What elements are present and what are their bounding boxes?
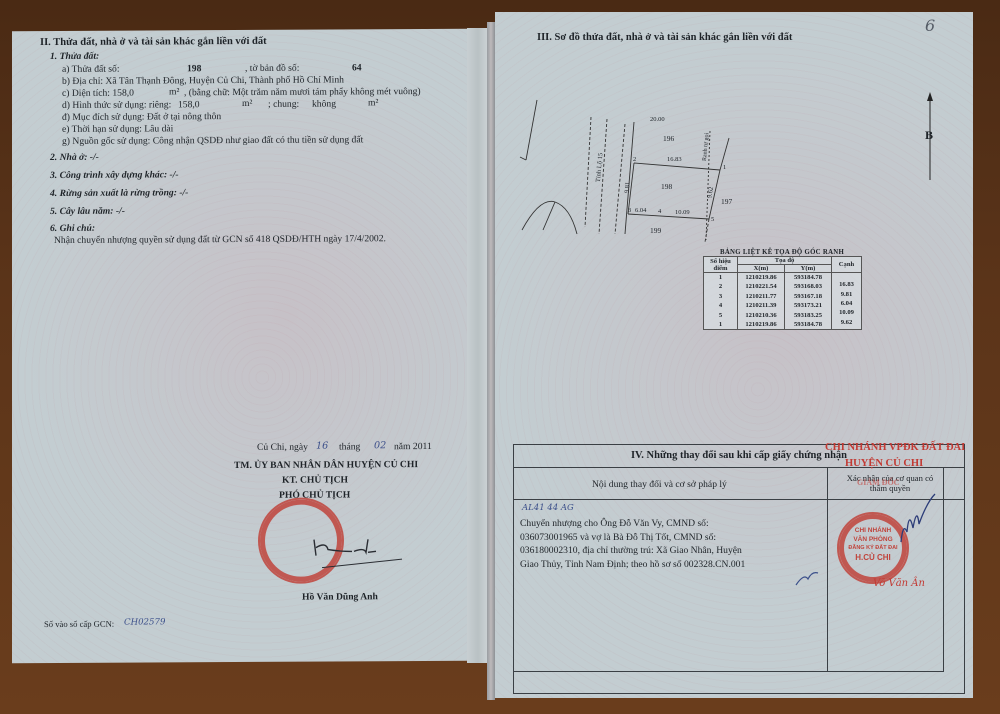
usage-form-label: d) Hình thức sử dụng: riêng: — [62, 99, 171, 111]
col-x: X(m) — [738, 265, 785, 273]
seal-inner-text: CHI NHÁNH VĂN PHÒNG ĐĂNG KÝ ĐẤT ĐAI H.CỦ… — [843, 526, 903, 562]
handwritten-reference: AL41 44 AG — [522, 503, 574, 513]
change-line: Giao Thủy, Tỉnh Nam Định; theo hồ sơ số … — [520, 558, 745, 572]
change-line: 036180002310, địa chỉ thường trú: Xã Gia… — [520, 544, 745, 558]
other-construction-item: 3. Công trình xây dựng khác: -/- — [50, 169, 179, 181]
coord-cell: 593168.03 — [788, 282, 828, 291]
area-label: c) Diện tích: 158,0 — [62, 88, 134, 99]
coord-cell: 16.83 — [835, 280, 858, 289]
section-ii-title: II. Thửa đất, nhà ở và tài sản khác gắn … — [40, 36, 267, 48]
house-item: 2. Nhà ở: -/- — [50, 152, 99, 163]
coord-cell: 5 — [707, 311, 734, 320]
notes-text: Nhận chuyển nhượng quyền sử dụng đất từ … — [54, 233, 386, 246]
parcel-heading: 1. Thửa đất: — [50, 51, 99, 62]
change-line: Chuyển nhượng cho Ông Đỗ Văn Vy, CMND số… — [520, 517, 745, 531]
parcel-196: 196 — [663, 134, 674, 143]
forest-item: 4. Rừng sản xuất là rừng trồng: -/- — [50, 187, 188, 199]
usage-common-value: không — [312, 98, 336, 109]
point-1: 1 — [723, 164, 726, 171]
seal-line: H.CỦ CHI — [843, 553, 903, 562]
edge-1-2: 16.83 — [667, 156, 682, 163]
map-sheet-no: 64 — [352, 62, 362, 73]
point-3: 3 — [628, 207, 631, 214]
signing-month: 02 — [374, 440, 386, 451]
change-line: 036073001965 và vợ là Bà Đỗ Thị Tốt, CMN… — [520, 531, 745, 545]
edge-column: 16.839.816.0410.099.62 — [832, 273, 862, 330]
usage-term: e) Thời hạn sử dụng: Lâu dài — [62, 123, 173, 135]
edge-3-4: 6.04 — [635, 207, 646, 214]
coord-cell: 1210210.36 — [741, 311, 781, 320]
signing-day: 16 — [316, 441, 328, 452]
seal-line: VĂN PHÒNG — [843, 535, 903, 544]
edge-4-5: 10.09 — [675, 209, 690, 216]
coord-cell: 593167.18 — [788, 292, 828, 301]
book-spine — [487, 22, 495, 700]
address-line: b) Địa chỉ: Xã Tân Thạnh Đông, Huyện Củ … — [62, 74, 344, 86]
coord-cell: 593184.78 — [788, 320, 828, 329]
point-4: 4 — [658, 208, 661, 215]
notes-heading: 6. Ghi chú: — [50, 223, 95, 234]
page-edge — [467, 28, 489, 663]
usage-common-unit: m² — [368, 97, 378, 108]
point-2: 2 — [633, 156, 636, 163]
parcel-197: 197 — [721, 197, 732, 206]
signing-place: Củ Chi, ngày — [257, 442, 308, 453]
certificate-page-left: II. Thửa đất, nhà ở và tài sản khác gắn … — [12, 29, 467, 663]
seal-line: CHI NHÁNH — [843, 526, 903, 535]
coord-cell: 1 — [707, 273, 734, 282]
point-5: 5 — [711, 216, 714, 223]
parcel-no: 198 — [187, 63, 201, 74]
coord-table: Số hiệu điểm Tọa độ Cạnh X(m) Y(m) 12345… — [703, 256, 862, 330]
office-stamp-line-3: GIÁM ĐỐC — [857, 478, 899, 487]
map-sheet-label: , tờ bản đồ số: — [245, 63, 299, 74]
office-stamp-line-1: CHI NHÁNH VPĐK ĐẤT ĐAI — [825, 442, 965, 453]
usage-private-unit: m² — [242, 98, 252, 109]
change-content: Chuyển nhượng cho Ông Đỗ Văn Vy, CMND số… — [520, 517, 745, 571]
signing-year: năm 2011 — [394, 441, 432, 452]
coord-cell: 9.62 — [835, 318, 858, 327]
coord-cell: 1 — [707, 320, 734, 329]
col-edge: Cạnh — [832, 257, 862, 273]
coord-cell: 9.81 — [835, 290, 858, 299]
point-column: 123451 — [704, 273, 738, 330]
director-name: Võ Văn Ân — [873, 578, 925, 589]
coord-cell: 10.09 — [835, 308, 858, 317]
coord-cell: 2 — [707, 282, 734, 291]
top-width-label: 20.00 — [650, 116, 665, 123]
signer-role-1: KT. CHỦ TỊCH — [282, 474, 348, 485]
seal-line: ĐĂNG KÝ ĐẤT ĐAI — [843, 544, 903, 553]
director-signature — [895, 492, 945, 552]
usage-common-label: ; chung: — [268, 99, 299, 110]
coord-table-title: BẢNG LIỆT KÊ TỌA ĐỘ GÓC RANH — [720, 249, 844, 256]
coord-cell: 4 — [707, 301, 734, 310]
issuing-authority: TM. ỦY BAN NHÂN DÂN HUYỆN CỦ CHI — [234, 459, 418, 471]
certificate-page-right: 6 III. Sơ đồ thửa đất, nhà ở và tài sản … — [495, 12, 973, 698]
coord-cell: 1210211.39 — [741, 301, 781, 310]
land-purpose: đ) Mục đích sử dụng: Đất ở tại nông thôn — [62, 111, 221, 123]
registry-number: CH02579 — [124, 617, 165, 627]
parcel-198: 198 — [661, 182, 672, 191]
coord-cell: 593173.21 — [788, 301, 828, 310]
col-change-content-header: Nội dung thay đổi và cơ sở pháp lý — [592, 479, 727, 490]
area-unit: m² — [169, 86, 179, 97]
office-stamp-line-2: HUYỆN CỦ CHI — [845, 458, 923, 469]
coord-cell: 1210219.86 — [741, 320, 781, 329]
coord-cell: 593183.25 — [788, 311, 828, 320]
col-coords: Tọa độ — [738, 257, 832, 265]
edge-2-3: 9.81 — [624, 182, 632, 194]
parcel-199: 199 — [650, 226, 661, 235]
registry-label: Số vào sổ cấp GCN: — [44, 619, 114, 629]
y-column: 593184.78593168.03593167.18593173.215931… — [785, 273, 832, 330]
x-column: 1210219.861210221.541210211.771210211.39… — [738, 273, 785, 330]
area-in-words: , (bằng chữ: Một trăm năm mươi tám phẩy … — [184, 86, 421, 98]
signing-month-label: tháng — [339, 441, 360, 452]
coord-cell: 593184.78 — [788, 273, 828, 282]
coord-cell: 1210211.77 — [741, 292, 781, 301]
signer-name: Hồ Văn Dũng Anh — [302, 591, 378, 602]
coord-cell: 1210219.86 — [741, 273, 781, 282]
usage-origin: g) Nguồn gốc sử dụng: Công nhận QSDĐ như… — [62, 134, 363, 147]
coord-cell: 1210221.54 — [741, 282, 781, 291]
initials-mark — [792, 569, 822, 589]
coord-cell: 3 — [707, 292, 734, 301]
signature-vice-chairman — [292, 529, 412, 570]
coord-cell: 6.04 — [835, 299, 858, 308]
col-point: Số hiệu điểm — [704, 257, 738, 273]
parcel-no-label: a) Thửa đất số: — [62, 64, 120, 75]
perennial-item: 5. Cây lâu năm: -/- — [50, 206, 125, 217]
col-y: Y(m) — [785, 265, 832, 273]
usage-private-area: 158,0 — [178, 99, 200, 110]
